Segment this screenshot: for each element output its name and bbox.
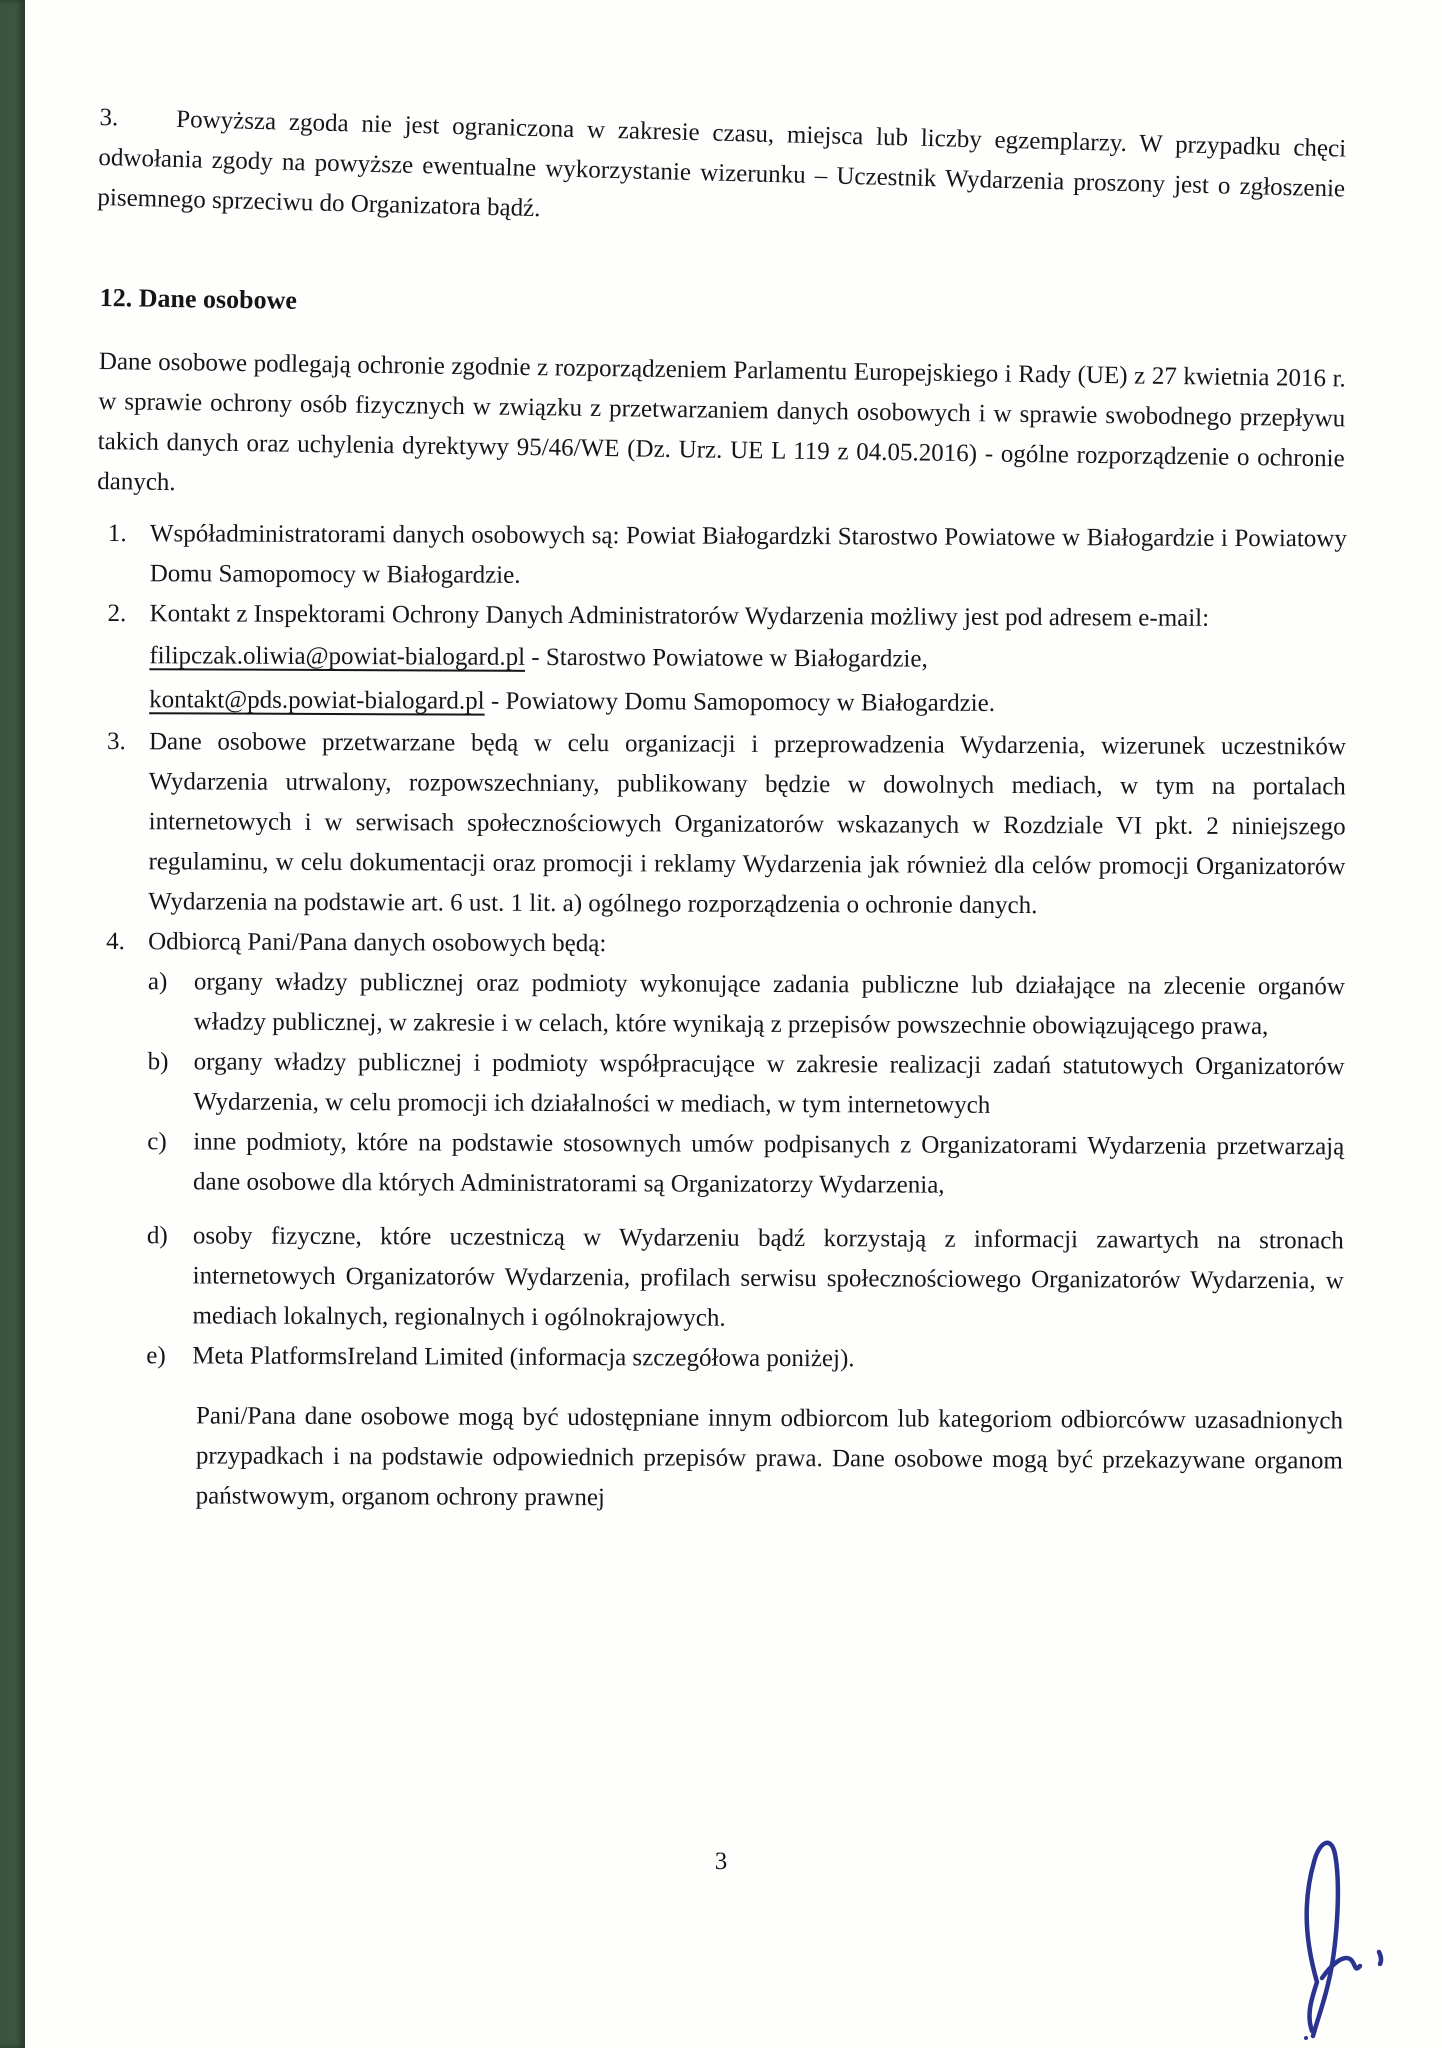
list-item-3-text: Dane osobowe przetwarzane będą w celu or…	[148, 722, 1346, 927]
signature-comma-mark	[1379, 1952, 1381, 1964]
list-item-1-marker: 1.	[100, 514, 150, 554]
subitem-d-marker: d)	[147, 1216, 193, 1256]
signature-curl-stroke	[1322, 1958, 1360, 1978]
paragraph-consent-text: Powyższa zgoda nie jest ograniczona w za…	[97, 106, 1346, 222]
tab-gap	[118, 125, 176, 126]
list-item-2-marker: 2.	[99, 594, 149, 634]
subitem-e: e) Meta PlatformsIreland Limited (inform…	[146, 1336, 1343, 1381]
list-item-4-text: Odbiorcą Pani/Pana danych osobowych będą…	[148, 922, 1345, 967]
subitem-a-text: organy władzy publicznej oraz podmioty w…	[194, 962, 1345, 1047]
subitem-c-marker: c)	[147, 1122, 193, 1162]
email-link-starostwo: filipczak.oliwia@powiat-bialogard.pl	[149, 642, 525, 671]
email-suffix-2: - Powiatowy Domu Samopomocy w Białogardz…	[485, 688, 995, 717]
subitem-b: b) organy władzy publicznej i podmioty w…	[147, 1042, 1344, 1127]
list-item-1: 1. Współadministratorami danych osobowyc…	[100, 514, 1347, 599]
subitem-c-text: inne podmioty, które na podstawie stosow…	[193, 1122, 1344, 1207]
list-item-3-marker: 3.	[99, 722, 149, 762]
signature-loop-stroke	[1307, 1843, 1338, 2036]
letter-sublist: a) organy władzy publicznej oraz podmiot…	[146, 962, 1345, 1381]
email-suffix-1: - Starostwo Powiatowe w Białogardzie,	[525, 644, 928, 673]
list-item-3: 3. Dane osobowe przetwarzane będą w celu…	[98, 722, 1346, 927]
subitem-b-marker: b)	[148, 1042, 194, 1082]
page-number: 3	[0, 1848, 1442, 1876]
closing-paragraph: Pani/Pana dane osobowe mogą być udostępn…	[196, 1396, 1344, 1521]
subitem-a: a) organy władzy publicznej oraz podmiot…	[148, 962, 1345, 1047]
list-item-2-text: Kontakt z Inspektorami Ochrony Danych Ad…	[149, 594, 1346, 639]
list-item-4-marker: 4.	[98, 922, 148, 962]
subitem-e-text: Meta PlatformsIreland Limited (informacj…	[192, 1336, 1343, 1381]
subitem-b-text: organy władzy publicznej i podmioty wspó…	[193, 1042, 1344, 1127]
document-content: 3.Powyższa zgoda nie jest ograniczona w …	[0, 0, 1442, 1516]
subitem-d-text: osoby fizyczne, które uczestniczą w Wyda…	[192, 1216, 1344, 1341]
paragraph-consent-marker: 3.	[99, 104, 118, 131]
handwritten-signature	[1262, 1826, 1442, 2048]
list-item-4: 4. Odbiorcą Pani/Pana danych osobowych b…	[98, 922, 1345, 967]
subitem-a-marker: a)	[148, 962, 194, 1002]
subitem-c: c) inne podmioty, które na podstawie sto…	[147, 1122, 1344, 1207]
section-intro: Dane osobowe podlegają ochronie zgodnie …	[97, 342, 1346, 519]
email-line-2: kontakt@pds.powiat-bialogard.pl - Powiat…	[149, 678, 1346, 727]
section-heading: 12. Dane osobowe	[100, 282, 1347, 331]
paragraph-consent: 3.Powyższa zgoda nie jest ograniczona w …	[97, 98, 1347, 250]
email-link-pds: kontakt@pds.powiat-bialogard.pl	[149, 686, 485, 714]
list-item-1-text: Współadministratorami danych osobowych s…	[150, 514, 1347, 599]
subitem-e-marker: e)	[146, 1336, 192, 1376]
email-line-1: filipczak.oliwia@powiat-bialogard.pl - S…	[149, 634, 1346, 683]
list-item-2: 2. Kontakt z Inspektorami Ochrony Danych…	[99, 594, 1347, 727]
subitem-d: d) osoby fizyczne, które uczestniczą w W…	[146, 1216, 1344, 1341]
numbered-list: 1. Współadministratorami danych osobowyc…	[96, 514, 1347, 1521]
signature-ink-dot	[1304, 2036, 1308, 2040]
document-page: 3.Powyższa zgoda nie jest ograniczona w …	[0, 0, 1442, 2048]
